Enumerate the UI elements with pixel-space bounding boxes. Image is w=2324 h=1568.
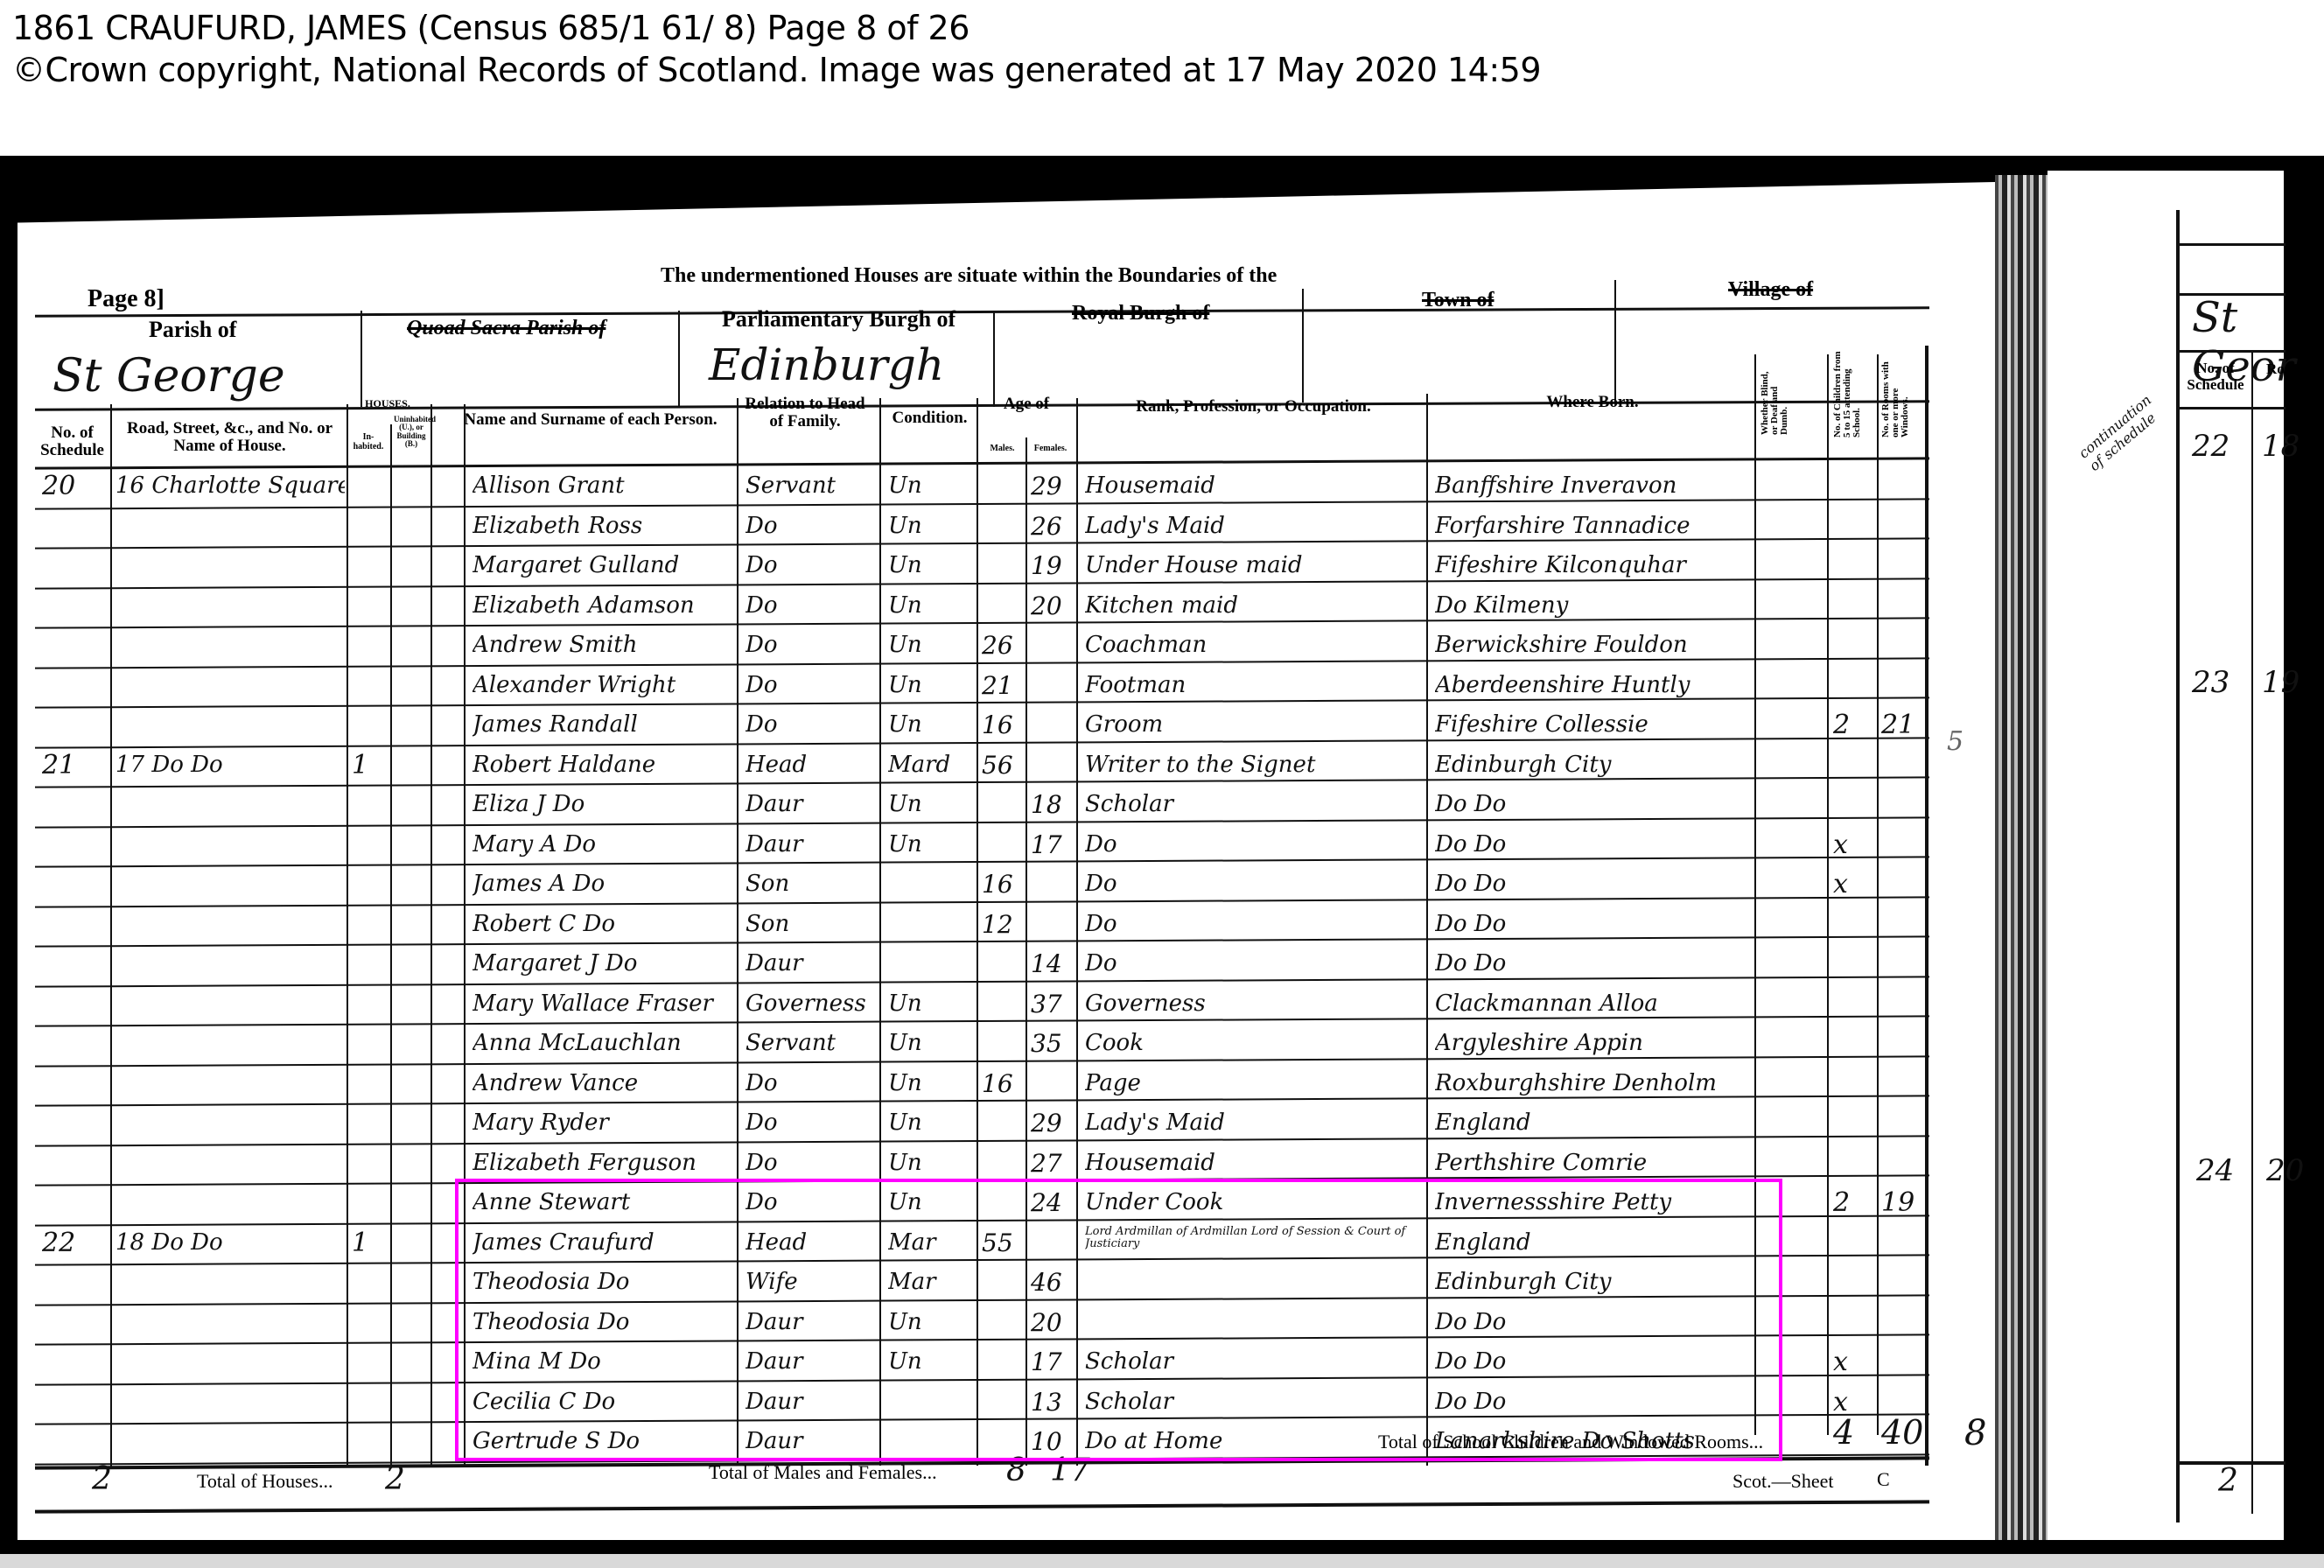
cell-condition: Un (888, 668, 976, 703)
cell-male-age: 16 (982, 1067, 1025, 1102)
cell-name: Andrew Vance (472, 1067, 735, 1102)
divider (1302, 289, 1304, 402)
cell-occupation: Do (1085, 907, 1424, 942)
cell-female-age: 20 (1031, 1305, 1076, 1340)
cell-condition: Un (888, 589, 976, 624)
bottom-strip (0, 1554, 2324, 1568)
district-label-parliamentary-burgh: Parliamentary Burgh of (722, 306, 955, 332)
cell-birthplace: Do Kilmeny (1435, 589, 1752, 624)
cell-name: Cecilia C Do (472, 1385, 735, 1420)
cell-school: 2 (1833, 1186, 1877, 1221)
total-persons-label: Total of Males and Females... (709, 1461, 937, 1484)
column-line (2251, 350, 2253, 1514)
col-houses: HOUSES. (348, 398, 427, 409)
cell-birthplace: Forfarshire Tannadice (1435, 509, 1752, 544)
district-label-town: Town of (1422, 289, 1494, 312)
cell-schedule: 21 (42, 748, 108, 783)
cell-occupation: Scholar (1085, 787, 1424, 822)
column-line (737, 398, 738, 1466)
sheet-letter: C (1877, 1468, 1890, 1491)
cell-name: Andrew Smith (472, 628, 735, 663)
cell-name: Elizabeth Adamson (472, 589, 735, 624)
cell-birthplace: England (1435, 1106, 1752, 1141)
cell-relation: Daur (745, 1345, 877, 1380)
boundary-title: The undermentioned Houses are situate wi… (661, 264, 1277, 288)
copyright-line: ©Crown copyright, National Records of Sc… (12, 49, 1541, 91)
district-label-quoad-sacra: Quoad Sacra Parish of (407, 317, 605, 340)
cell-name: Mary A Do (472, 828, 735, 863)
col-birthplace: Where Born. (1431, 394, 1754, 411)
cell-female-age: 29 (1031, 1106, 1076, 1141)
cell-occupation: Scholar (1085, 1345, 1424, 1380)
cell-birthplace: Do Do (1435, 1345, 1752, 1380)
cell-condition: Un (888, 549, 976, 584)
cell-name: Theodosia Do (472, 1265, 735, 1300)
cell-relation: Wife (745, 1265, 877, 1300)
page-label: Page 8] (87, 285, 164, 313)
cell-male-age: 16 (982, 708, 1025, 743)
record-title: 1861 CRAUFURD, JAMES (Census 685/1 61/ 8… (12, 7, 969, 49)
district-label-parish: Parish of (149, 317, 236, 343)
cell-occupation: Do (1085, 828, 1424, 863)
rule (2176, 243, 2285, 246)
cell-name: Eliza J Do (472, 787, 735, 822)
total-males: 8 (1006, 1452, 1026, 1488)
district-value-parliamentary-burgh: Edinburgh (709, 339, 944, 390)
district-value-parish: St George (52, 350, 285, 402)
col-school-children: No. of Children from 5 to 15 attending S… (1833, 350, 1862, 437)
cell-name: Robert C Do (472, 907, 735, 942)
cell-condition: Un (888, 1106, 976, 1141)
col-name: Name and Surname of each Person. (464, 411, 717, 429)
column-line (430, 404, 432, 1467)
cell-female-age: 17 (1031, 1345, 1076, 1380)
cell-female-age: 27 (1031, 1146, 1076, 1181)
cell-female-age: 29 (1031, 469, 1076, 504)
cell-female-age: 26 (1031, 509, 1076, 544)
cell-relation: Head (745, 1226, 877, 1261)
district-label-royal-burgh: Royal Burgh of (1072, 302, 1209, 325)
col-address: Road, Street, &c., and No. or Name of Ho… (114, 420, 346, 455)
cell-name: Gertrude S Do (472, 1424, 735, 1459)
cell-address: 18 Do Do (115, 1226, 345, 1261)
column-line (1025, 437, 1027, 1466)
cell-name: Mary Wallace Fraser (472, 987, 735, 1022)
cell-schedule: 20 (42, 469, 108, 504)
cell-rooms: 21 (1881, 708, 1925, 743)
cell-name: Allison Grant (472, 469, 735, 504)
cell-birthplace: Aberdeenshire Huntly (1435, 668, 1752, 703)
cell-inhabited: 1 (352, 748, 387, 783)
column-line (1076, 398, 1078, 1466)
total-school-rooms-label: Total of School Children and Windowed Ro… (1378, 1431, 1763, 1453)
column-line (346, 404, 348, 1467)
cell-occupation: Writer to the Signet (1085, 748, 1424, 783)
cell-relation: Do (745, 1067, 877, 1102)
cell-school: x (1833, 1345, 1877, 1380)
next-address-20: 20 (2266, 1153, 2304, 1188)
cell-occupation: Coachman (1085, 628, 1424, 663)
cell-relation: Daur (745, 947, 877, 982)
cell-relation: Daur (745, 1305, 877, 1340)
rule (2176, 350, 2285, 353)
rule (2176, 407, 2285, 409)
cell-occupation: Page (1085, 1067, 1424, 1102)
cell-female-age: 46 (1031, 1265, 1076, 1300)
cell-birthplace: Invernessshire Petty (1435, 1186, 1752, 1221)
cell-school: 2 (1833, 708, 1877, 743)
cell-relation: Do (745, 589, 877, 624)
cell-condition: Un (888, 509, 976, 544)
cell-occupation: Do (1085, 947, 1424, 982)
next-schedule-22: 22 (2192, 429, 2229, 464)
cell-occupation: Lord Ardmillan of Ardmillan Lord of Sess… (1085, 1226, 1424, 1250)
cell-birthplace: Do Do (1435, 787, 1752, 822)
cell-name: Anne Stewart (472, 1186, 735, 1221)
cell-relation: Son (745, 867, 877, 902)
cell-birthplace: Edinburgh City (1435, 748, 1752, 783)
cell-relation: Daur (745, 1385, 877, 1420)
cell-male-age: 21 (982, 668, 1025, 703)
column-line (976, 398, 978, 1466)
divider (1614, 280, 1616, 402)
cell-birthplace: Do Do (1435, 828, 1752, 863)
page-gutter (1995, 175, 2047, 1540)
cell-schedule: 22 (42, 1226, 108, 1261)
margin-number: 8 (1964, 1413, 1986, 1453)
cell-occupation: Under Cook (1085, 1186, 1424, 1221)
cell-condition: Un (888, 1067, 976, 1102)
cell-birthplace: Roxburghshire Denholm (1435, 1067, 1752, 1102)
total-houses-uninhabited: 2 (385, 1461, 405, 1497)
cell-condition: Un (888, 1146, 976, 1181)
cell-condition: Un (888, 628, 976, 663)
cell-condition: Un (888, 987, 976, 1022)
cell-female-age: 37 (1031, 987, 1076, 1022)
cell-relation: Do (745, 1146, 877, 1181)
cell-name: Anna McLauchlan (472, 1026, 735, 1061)
cell-name: James Craufurd (472, 1226, 735, 1261)
cell-birthplace: Perthshire Comrie (1435, 1146, 1752, 1181)
cell-occupation: Footman (1085, 668, 1424, 703)
cell-birthplace: Edinburgh City (1435, 1265, 1752, 1300)
cell-name: Mina M Do (472, 1345, 735, 1380)
next-page-col-road: Roa (2266, 360, 2292, 378)
cell-occupation: Kitchen maid (1085, 589, 1424, 624)
cell-birthplace: Do Do (1435, 867, 1752, 902)
cell-condition: Un (888, 1026, 976, 1061)
total-school-children: 4 (1833, 1413, 1854, 1452)
cell-condition: Un (888, 787, 976, 822)
cell-occupation: Housemaid (1085, 469, 1424, 504)
cell-name: James Randall (472, 708, 735, 743)
col-blind-deaf: Whether Blind, or Deaf and Dumb. (1760, 360, 1789, 435)
column-line (1754, 354, 1756, 1435)
next-address-18: 18 (2262, 429, 2299, 464)
cell-name: Elizabeth Ferguson (472, 1146, 735, 1181)
cell-occupation: Lady's Maid (1085, 1106, 1424, 1141)
cell-male-age: 56 (982, 748, 1025, 783)
column-line (1925, 346, 1928, 1466)
cell-condition: Un (888, 1305, 976, 1340)
cell-male-age: 16 (982, 867, 1025, 902)
column-line (1827, 354, 1829, 1435)
divider (993, 311, 995, 407)
col-inhabited: In-habited. (348, 433, 388, 451)
col-age: Age of (978, 395, 1074, 413)
cell-relation: Servant (745, 1026, 877, 1061)
cell-school: x (1833, 828, 1877, 863)
cell-relation: Do (745, 708, 877, 743)
next-schedule-24: 24 (2196, 1153, 2234, 1188)
column-line (1877, 354, 1879, 1435)
cell-female-age: 13 (1031, 1385, 1076, 1420)
cell-relation: Daur (745, 828, 877, 863)
cell-condition: Mar (888, 1265, 976, 1300)
cell-address: 17 Do Do (115, 748, 345, 783)
col-condition: Condition. (879, 409, 980, 427)
cell-birthplace: Berwickshire Fouldon (1435, 628, 1752, 663)
cell-name: Robert Haldane (472, 748, 735, 783)
column-line (110, 404, 112, 1467)
cell-birthplace: Banffshire Inveravon (1435, 469, 1752, 504)
margin-tally: 5 (1947, 726, 1963, 757)
cell-male-age: 55 (982, 1226, 1025, 1261)
col-uninhabited: Uninhabited (U.), or Building (B.) (394, 416, 429, 449)
col-rooms: No. of Rooms with one or more Windows. (1881, 350, 1910, 437)
cell-relation: Son (745, 907, 877, 942)
cell-relation: Head (745, 748, 877, 783)
column-line (464, 404, 465, 1467)
cell-birthplace: Argyleshire Appin (1435, 1026, 1752, 1061)
cell-school: x (1833, 867, 1877, 902)
cell-occupation: Cook (1085, 1026, 1424, 1061)
divider (360, 311, 362, 407)
cell-rooms: 19 (1881, 1186, 1925, 1221)
cell-relation: Servant (745, 469, 877, 504)
cell-female-age: 35 (1031, 1026, 1076, 1061)
total-houses-inhabited: 2 (92, 1461, 112, 1497)
cell-birthplace: Fifeshire Kilconquhar (1435, 549, 1752, 584)
cell-female-age: 17 (1031, 828, 1076, 863)
cell-relation: Do (745, 549, 877, 584)
cell-female-age: 19 (1031, 549, 1076, 584)
col-relation: Relation to Head of Family. (739, 395, 871, 430)
cell-female-age: 20 (1031, 589, 1076, 624)
cell-name: James A Do (472, 867, 735, 902)
district-label-village: Village of (1728, 278, 1813, 302)
col-males: Males. (978, 444, 1026, 454)
cell-relation: Do (745, 628, 877, 663)
col-schedule: No. of Schedule (35, 424, 109, 459)
total-females: 17 (1050, 1452, 1090, 1488)
cell-relation: Do (745, 509, 877, 544)
cell-birthplace: Clackmannan Alloa (1435, 987, 1752, 1022)
sheet-label: Scot.—Sheet (1732, 1470, 1834, 1493)
cell-birthplace: Fifeshire Collessie (1435, 708, 1752, 743)
cell-inhabited: 1 (352, 1226, 387, 1261)
column-line (879, 398, 881, 1466)
cell-birthplace: England (1435, 1226, 1752, 1261)
cell-condition: Un (888, 1345, 976, 1380)
cell-name: Alexander Wright (472, 668, 735, 703)
cell-name: Mary Ryder (472, 1106, 735, 1141)
cell-male-age: 12 (982, 907, 1025, 942)
cell-occupation: Under House maid (1085, 549, 1424, 584)
cell-occupation: Do (1085, 867, 1424, 902)
cell-birthplace: Do Do (1435, 907, 1752, 942)
next-page-total: 2 (2218, 1463, 2238, 1499)
cell-female-age: 14 (1031, 947, 1076, 982)
next-address-19: 19 (2262, 665, 2299, 700)
cell-condition: Un (888, 708, 976, 743)
cell-birthplace: Do Do (1435, 947, 1752, 982)
cell-relation: Do (745, 1106, 877, 1141)
next-page-col-schedule: No. of Schedule (2180, 360, 2250, 393)
cell-occupation: Housemaid (1085, 1146, 1424, 1181)
total-houses-label: Total of Houses... (197, 1470, 333, 1493)
cell-relation: Daur (745, 787, 877, 822)
cell-female-age: 18 (1031, 787, 1076, 822)
cell-relation: Governess (745, 987, 877, 1022)
col-occupation: Rank, Profession, or Occupation. (1081, 398, 1426, 416)
total-rooms: 40 (1881, 1413, 1923, 1452)
cell-occupation: Lady's Maid (1085, 509, 1424, 544)
cell-birthplace: Do Do (1435, 1305, 1752, 1340)
cell-condition: Un (888, 1186, 976, 1221)
cell-occupation: Governess (1085, 987, 1424, 1022)
cell-condition: Un (888, 469, 976, 504)
cell-female-age: 24 (1031, 1186, 1076, 1221)
next-schedule-23: 23 (2192, 665, 2229, 700)
cell-relation: Daur (745, 1424, 877, 1459)
cell-relation: Do (745, 668, 877, 703)
cell-condition: Un (888, 828, 976, 863)
cell-name: Margaret J Do (472, 947, 735, 982)
cell-occupation: Do at Home (1085, 1424, 1424, 1459)
cell-relation: Do (745, 1186, 877, 1221)
cell-condition: Mard (888, 748, 976, 783)
cell-name: Elizabeth Ross (472, 509, 735, 544)
col-females: Females. (1026, 444, 1074, 454)
column-line (1426, 394, 1428, 1466)
cell-condition: Mar (888, 1226, 976, 1261)
cell-male-age: 26 (982, 628, 1025, 663)
cell-address: 16 Charlotte Square (115, 469, 345, 504)
cell-occupation: Groom (1085, 708, 1424, 743)
divider (678, 311, 680, 407)
cell-occupation: Scholar (1085, 1385, 1424, 1420)
cell-birthplace: Do Do (1435, 1385, 1752, 1420)
cell-name: Margaret Gulland (472, 549, 735, 584)
cell-name: Theodosia Do (472, 1305, 735, 1340)
